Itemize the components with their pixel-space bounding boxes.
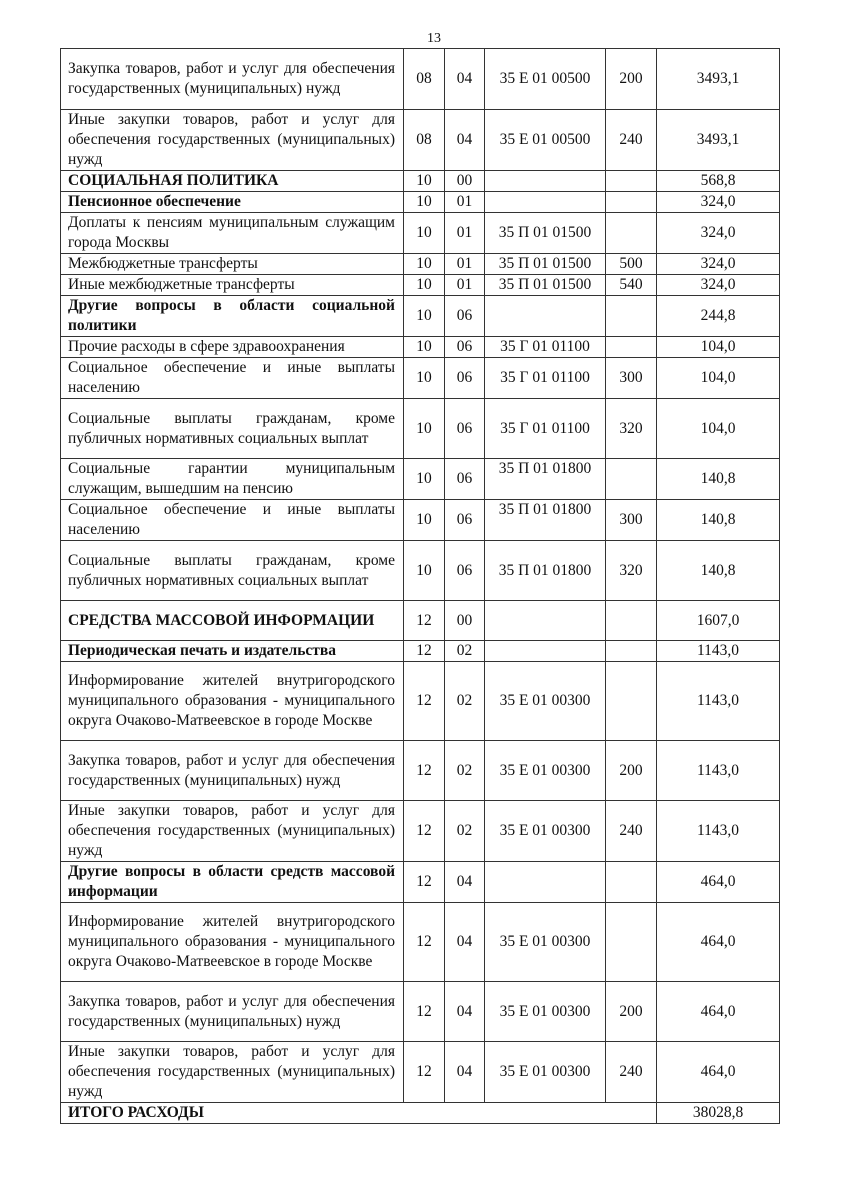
item-name: Периодическая печать и издательства (61, 641, 404, 662)
subsection-code: 01 (445, 213, 485, 254)
target-article-code: 35 П 01 01500 (485, 213, 606, 254)
item-name: Социальные выплаты гражданам, кроме публ… (61, 399, 404, 459)
table-row: Иные межбюджетные трансферты100135 П 01 … (61, 275, 780, 296)
amount: 1143,0 (657, 662, 780, 741)
item-name: Социальные гарантии муниципальным служащ… (61, 459, 404, 500)
table-row: Пенсионное обеспечение1001324,0 (61, 192, 780, 213)
subsection-code: 00 (445, 601, 485, 641)
expense-type-code: 240 (606, 801, 657, 862)
subsection-code: 06 (445, 399, 485, 459)
target-article-code: 35 Е 01 00300 (485, 1042, 606, 1103)
amount: 568,8 (657, 171, 780, 192)
item-name: Прочие расходы в сфере здравоохранения (61, 337, 404, 358)
section-code: 10 (404, 459, 445, 500)
expense-type-code: 320 (606, 399, 657, 459)
target-article-code: 35 Г 01 01100 (485, 399, 606, 459)
amount: 1143,0 (657, 741, 780, 801)
subsection-code: 06 (445, 500, 485, 541)
section-code: 12 (404, 741, 445, 801)
section-code: 10 (404, 541, 445, 601)
expense-type-code: 240 (606, 110, 657, 171)
item-name: Межбюджетные трансферты (61, 254, 404, 275)
item-name: Закупка товаров, работ и услуг для обесп… (61, 741, 404, 801)
expense-type-code: 200 (606, 741, 657, 801)
subsection-code: 02 (445, 641, 485, 662)
target-article-code (485, 192, 606, 213)
subsection-code: 04 (445, 862, 485, 903)
section-code: 12 (404, 862, 445, 903)
subsection-code: 01 (445, 254, 485, 275)
section-code: 10 (404, 358, 445, 399)
amount: 464,0 (657, 1042, 780, 1103)
amount: 244,8 (657, 296, 780, 337)
subsection-code: 00 (445, 171, 485, 192)
expense-type-code: 320 (606, 541, 657, 601)
table-row: Другие вопросы в области средств массово… (61, 862, 780, 903)
expense-type-code (606, 296, 657, 337)
item-name: Социальное обеспечение и иные выплаты на… (61, 358, 404, 399)
section-code: 10 (404, 192, 445, 213)
subsection-code: 02 (445, 801, 485, 862)
table-row: Иные закупки товаров, работ и услуг для … (61, 1042, 780, 1103)
item-name: Закупка товаров, работ и услуг для обесп… (61, 49, 404, 110)
section-code: 10 (404, 500, 445, 541)
table-row: СРЕДСТВА МАССОВОЙ ИНФОРМАЦИИ12001607,0 (61, 601, 780, 641)
section-code: 08 (404, 49, 445, 110)
table-row: СОЦИАЛЬНАЯ ПОЛИТИКА1000568,8 (61, 171, 780, 192)
amount: 464,0 (657, 982, 780, 1042)
subsection-code: 06 (445, 337, 485, 358)
section-code: 10 (404, 213, 445, 254)
item-name: Иные закупки товаров, работ и услуг для … (61, 801, 404, 862)
target-article-code: 35 П 01 01800 (485, 500, 606, 541)
subsection-code: 04 (445, 110, 485, 171)
section-code: 12 (404, 982, 445, 1042)
amount: 104,0 (657, 358, 780, 399)
table-row: Другие вопросы в области социальной поли… (61, 296, 780, 337)
table-row: Социальное обеспечение и иные выплаты на… (61, 358, 780, 399)
target-article-code: 35 П 01 01800 (485, 459, 606, 500)
item-name: Информирование жителей внутригородского … (61, 662, 404, 741)
amount: 104,0 (657, 399, 780, 459)
target-article-code: 35 Г 01 01100 (485, 358, 606, 399)
target-article-code: 35 П 01 01500 (485, 275, 606, 296)
subsection-code: 02 (445, 662, 485, 741)
item-name: Социальное обеспечение и иные выплаты на… (61, 500, 404, 541)
expense-type-code: 500 (606, 254, 657, 275)
item-name: Закупка товаров, работ и услуг для обесп… (61, 982, 404, 1042)
amount: 324,0 (657, 213, 780, 254)
amount: 324,0 (657, 275, 780, 296)
amount: 324,0 (657, 254, 780, 275)
amount: 1143,0 (657, 641, 780, 662)
section-code: 10 (404, 275, 445, 296)
expense-type-code: 240 (606, 1042, 657, 1103)
subsection-code: 02 (445, 741, 485, 801)
total-amount: 38028,8 (657, 1103, 780, 1124)
target-article-code: 35 Е 01 00500 (485, 110, 606, 171)
subsection-code: 04 (445, 903, 485, 982)
total-label: ИТОГО РАСХОДЫ (61, 1103, 657, 1124)
subsection-code: 06 (445, 296, 485, 337)
amount: 464,0 (657, 903, 780, 982)
section-code: 10 (404, 254, 445, 275)
item-name: Доплаты к пенсиям муниципальным служащим… (61, 213, 404, 254)
item-name: Иные закупки товаров, работ и услуг для … (61, 110, 404, 171)
total-row: ИТОГО РАСХОДЫ38028,8 (61, 1103, 780, 1124)
subsection-code: 06 (445, 541, 485, 601)
subsection-code: 04 (445, 49, 485, 110)
page-number: 13 (0, 30, 848, 48)
table-row: Социальное обеспечение и иные выплаты на… (61, 500, 780, 541)
expense-type-code: 540 (606, 275, 657, 296)
amount: 3493,1 (657, 49, 780, 110)
amount: 140,8 (657, 459, 780, 500)
amount: 1143,0 (657, 801, 780, 862)
target-article-code (485, 601, 606, 641)
amount: 140,8 (657, 541, 780, 601)
item-name: СОЦИАЛЬНАЯ ПОЛИТИКА (61, 171, 404, 192)
item-name: Социальные выплаты гражданам, кроме публ… (61, 541, 404, 601)
item-name: СРЕДСТВА МАССОВОЙ ИНФОРМАЦИИ (61, 601, 404, 641)
section-code: 12 (404, 801, 445, 862)
subsection-code: 04 (445, 982, 485, 1042)
table-row: Периодическая печать и издательства12021… (61, 641, 780, 662)
target-article-code (485, 296, 606, 337)
table-row: Закупка товаров, работ и услуг для обесп… (61, 741, 780, 801)
target-article-code: 35 Е 01 00300 (485, 982, 606, 1042)
subsection-code: 01 (445, 192, 485, 213)
item-name: Иные межбюджетные трансферты (61, 275, 404, 296)
target-article-code: 35 Е 01 00500 (485, 49, 606, 110)
expense-type-code (606, 171, 657, 192)
target-article-code: 35 Г 01 01100 (485, 337, 606, 358)
item-name: Иные закупки товаров, работ и услуг для … (61, 1042, 404, 1103)
table-row: Межбюджетные трансферты100135 П 01 01500… (61, 254, 780, 275)
section-code: 10 (404, 399, 445, 459)
amount: 324,0 (657, 192, 780, 213)
amount: 104,0 (657, 337, 780, 358)
section-code: 10 (404, 171, 445, 192)
item-name: Другие вопросы в области социальной поли… (61, 296, 404, 337)
amount: 1607,0 (657, 601, 780, 641)
expense-type-code: 200 (606, 49, 657, 110)
table-row: Социальные гарантии муниципальным служащ… (61, 459, 780, 500)
expense-type-code (606, 459, 657, 500)
subsection-code: 06 (445, 459, 485, 500)
table-row: Социальные выплаты гражданам, кроме публ… (61, 541, 780, 601)
amount: 140,8 (657, 500, 780, 541)
item-name: Пенсионное обеспечение (61, 192, 404, 213)
table-row: Информирование жителей внутригородского … (61, 903, 780, 982)
target-article-code: 35 Е 01 00300 (485, 662, 606, 741)
target-article-code: 35 Е 01 00300 (485, 741, 606, 801)
amount: 3493,1 (657, 110, 780, 171)
expense-type-code (606, 903, 657, 982)
expense-type-code (606, 601, 657, 641)
expense-type-code (606, 862, 657, 903)
item-name: Другие вопросы в области средств массово… (61, 862, 404, 903)
section-code: 12 (404, 601, 445, 641)
target-article-code (485, 171, 606, 192)
subsection-code: 04 (445, 1042, 485, 1103)
section-code: 12 (404, 903, 445, 982)
expense-type-code: 200 (606, 982, 657, 1042)
expense-type-code (606, 337, 657, 358)
table-row: Закупка товаров, работ и услуг для обесп… (61, 982, 780, 1042)
target-article-code (485, 641, 606, 662)
expense-type-code (606, 641, 657, 662)
table-row: Иные закупки товаров, работ и услуг для … (61, 110, 780, 171)
target-article-code (485, 862, 606, 903)
expense-type-code: 300 (606, 358, 657, 399)
target-article-code: 35 Е 01 00300 (485, 903, 606, 982)
budget-expenditure-table: Закупка товаров, работ и услуг для обесп… (60, 48, 780, 1124)
target-article-code: 35 П 01 01800 (485, 541, 606, 601)
subsection-code: 06 (445, 358, 485, 399)
section-code: 10 (404, 337, 445, 358)
section-code: 12 (404, 662, 445, 741)
section-code: 12 (404, 641, 445, 662)
expense-type-code (606, 192, 657, 213)
section-code: 10 (404, 296, 445, 337)
table-row: Информирование жителей внутригородского … (61, 662, 780, 741)
table-row: Закупка товаров, работ и услуг для обесп… (61, 49, 780, 110)
table-row: Доплаты к пенсиям муниципальным служащим… (61, 213, 780, 254)
subsection-code: 01 (445, 275, 485, 296)
target-article-code: 35 Е 01 00300 (485, 801, 606, 862)
amount: 464,0 (657, 862, 780, 903)
table-row: Социальные выплаты гражданам, кроме публ… (61, 399, 780, 459)
item-name: Информирование жителей внутригородского … (61, 903, 404, 982)
expense-type-code (606, 662, 657, 741)
expense-type-code: 300 (606, 500, 657, 541)
section-code: 12 (404, 1042, 445, 1103)
table-row: Прочие расходы в сфере здравоохранения10… (61, 337, 780, 358)
section-code: 08 (404, 110, 445, 171)
table-row: Иные закупки товаров, работ и услуг для … (61, 801, 780, 862)
target-article-code: 35 П 01 01500 (485, 254, 606, 275)
expense-type-code (606, 213, 657, 254)
